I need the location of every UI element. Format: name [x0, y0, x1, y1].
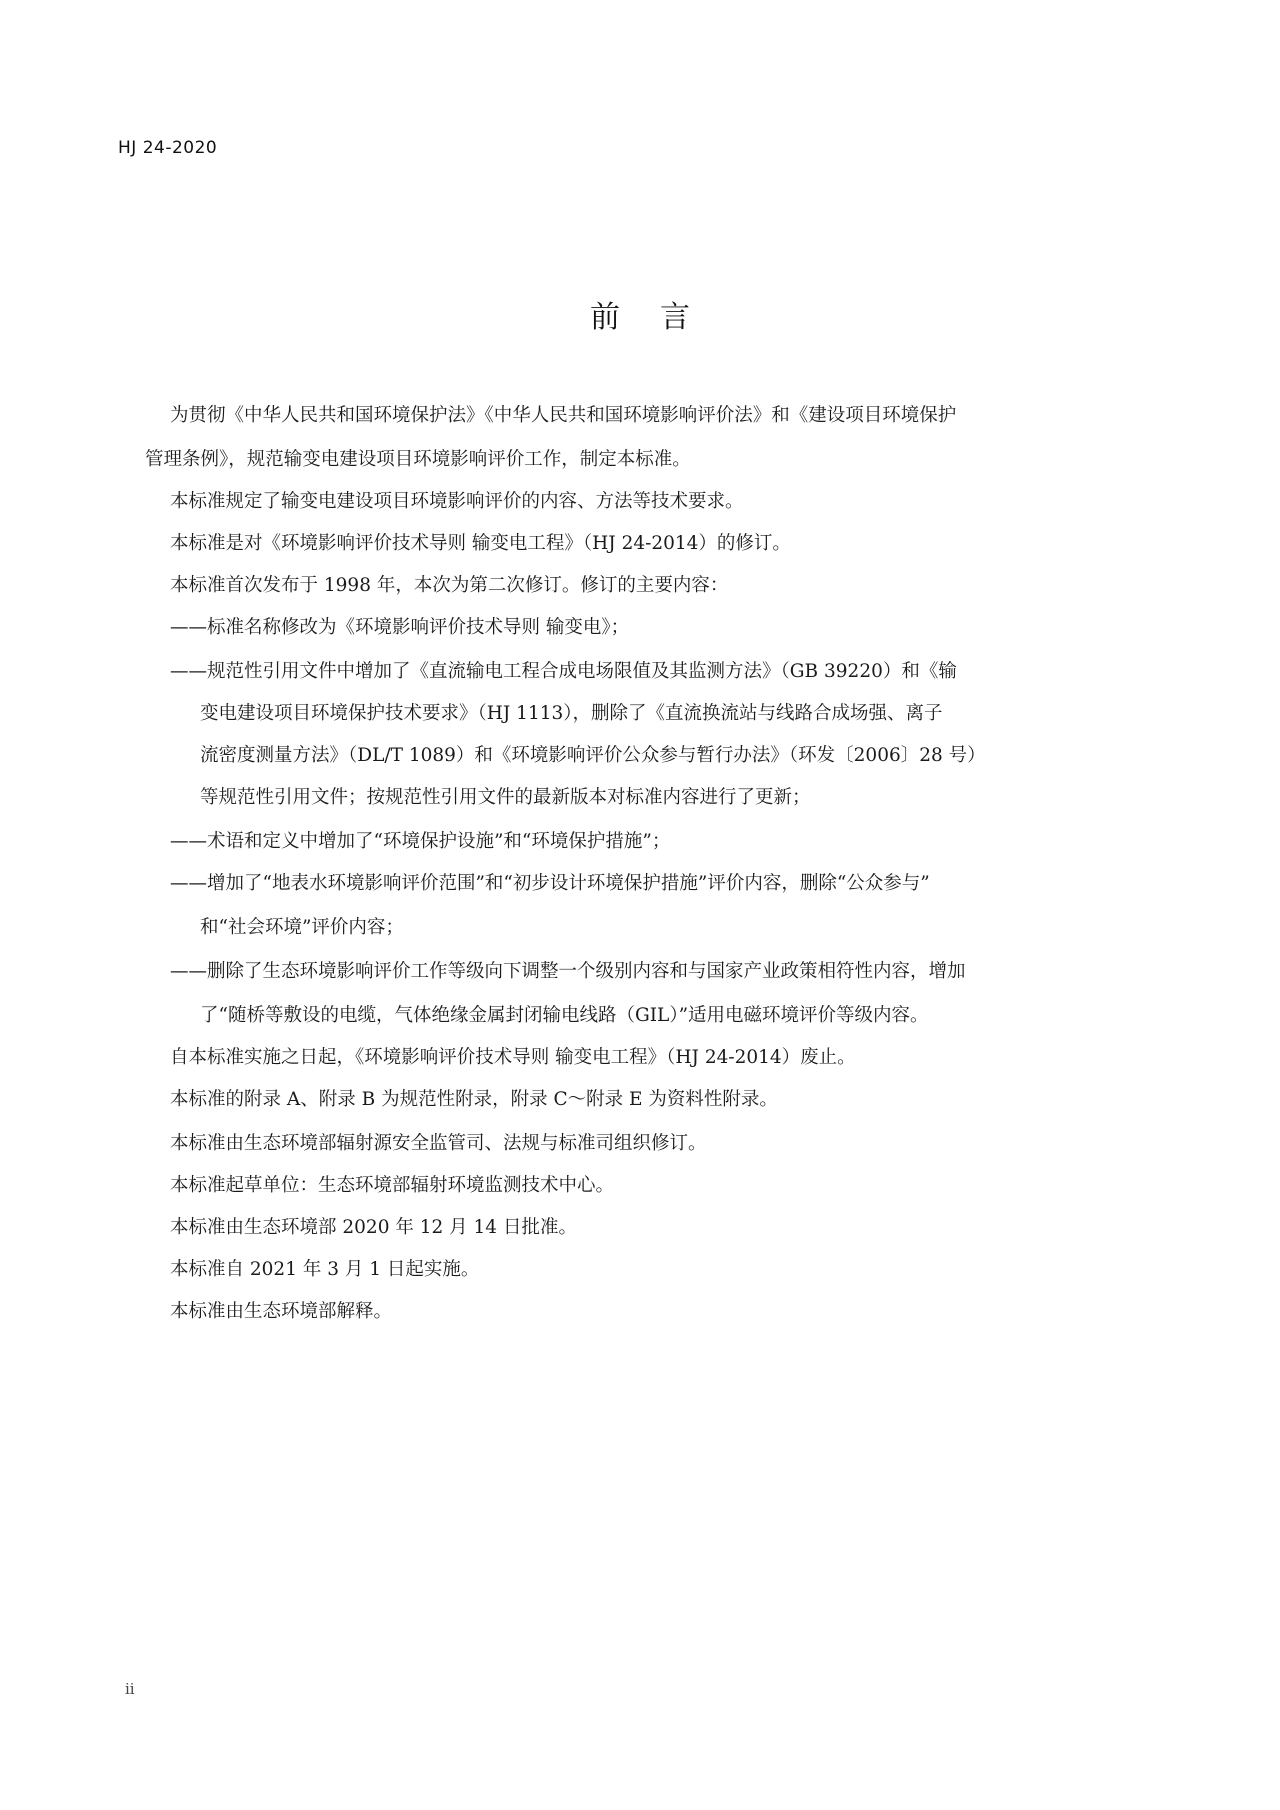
- paragraph-line: 为贯彻《中华人民共和国环境保护法》《中华人民共和国环境影响评价法》和《建设项目环…: [170, 404, 956, 428]
- paragraph-line: 自本标准实施之日起，《环境影响评价技术导则 输变电工程》（HJ 24-2014）…: [170, 1046, 856, 1070]
- page-title: 前言: [0, 292, 1280, 336]
- paragraph-line: 本标准由生态环境部解释。: [170, 1300, 392, 1324]
- paragraph-line: 管理条例》，规范输变电建设项目环境影响评价工作，制定本标准。: [145, 448, 691, 472]
- paragraph-line: ——规范性引用文件中增加了《直流输电工程合成电场限值及其监测方法》（GB 392…: [170, 660, 957, 684]
- paragraph-line: 等规范性引用文件；按规范性引用文件的最新版本对标准内容进行了更新；: [200, 786, 811, 810]
- paragraph-line: ——标准名称修改为《环境影响评价技术导则 输变电》；: [170, 616, 629, 640]
- paragraph-line: ——删除了生态环境影响评价工作等级向下调整一个级别内容和与国家产业政策相符性内容…: [170, 960, 966, 984]
- paragraph-line: 本标准的附录 A、附录 B 为规范性附录，附录 C～附录 E 为资料性附录。: [170, 1088, 778, 1112]
- paragraph-line: 本标准自 2021 年 3 月 1 日起实施。: [170, 1258, 479, 1282]
- paragraph-line: ——术语和定义中增加了“环境保护设施”和“环境保护措施”；: [170, 830, 670, 854]
- paragraph-line: 流密度测量方法》（DL/T 1089）和《环境影响评价公众参与暂行办法》（环发〔…: [200, 744, 986, 768]
- paragraph-line: 本标准起草单位：生态环境部辐射环境监测技术中心。: [170, 1174, 614, 1198]
- standard-code-header: HJ 24-2020: [118, 138, 217, 158]
- title-char-1: 前: [590, 292, 620, 336]
- paragraph-line: 了“随桥等敷设的电缆，气体绝缘金属封闭输电线路（GIL）”适用电磁环境评价等级内…: [200, 1004, 929, 1028]
- paragraph-line: 本标准首次发布于 1998 年，本次为第二次修订。修订的主要内容：: [170, 574, 728, 598]
- paragraph-line: 本标准是对《环境影响评价技术导则 输变电工程》（HJ 24-2014）的修订。: [170, 532, 791, 556]
- page-number: ii: [125, 1680, 135, 1698]
- paragraph-line: ——增加了“地表水环境影响评价范围”和“初步设计环境保护措施”评价内容，删除“公…: [170, 872, 930, 896]
- paragraph-line: 变电建设项目环境保护技术要求》（HJ 1113），删除了《直流换流站与线路合成场…: [200, 702, 943, 726]
- paragraph-line: 本标准由生态环境部 2020 年 12 月 14 日批准。: [170, 1216, 577, 1240]
- title-char-2: 言: [660, 292, 690, 336]
- paragraph-line: 和“社会环境”评价内容；: [200, 916, 404, 940]
- paragraph-line: 本标准由生态环境部辐射源安全监管司、法规与标准司组织修订。: [170, 1132, 707, 1156]
- paragraph-line: 本标准规定了输变电建设项目环境影响评价的内容、方法等技术要求。: [170, 490, 744, 514]
